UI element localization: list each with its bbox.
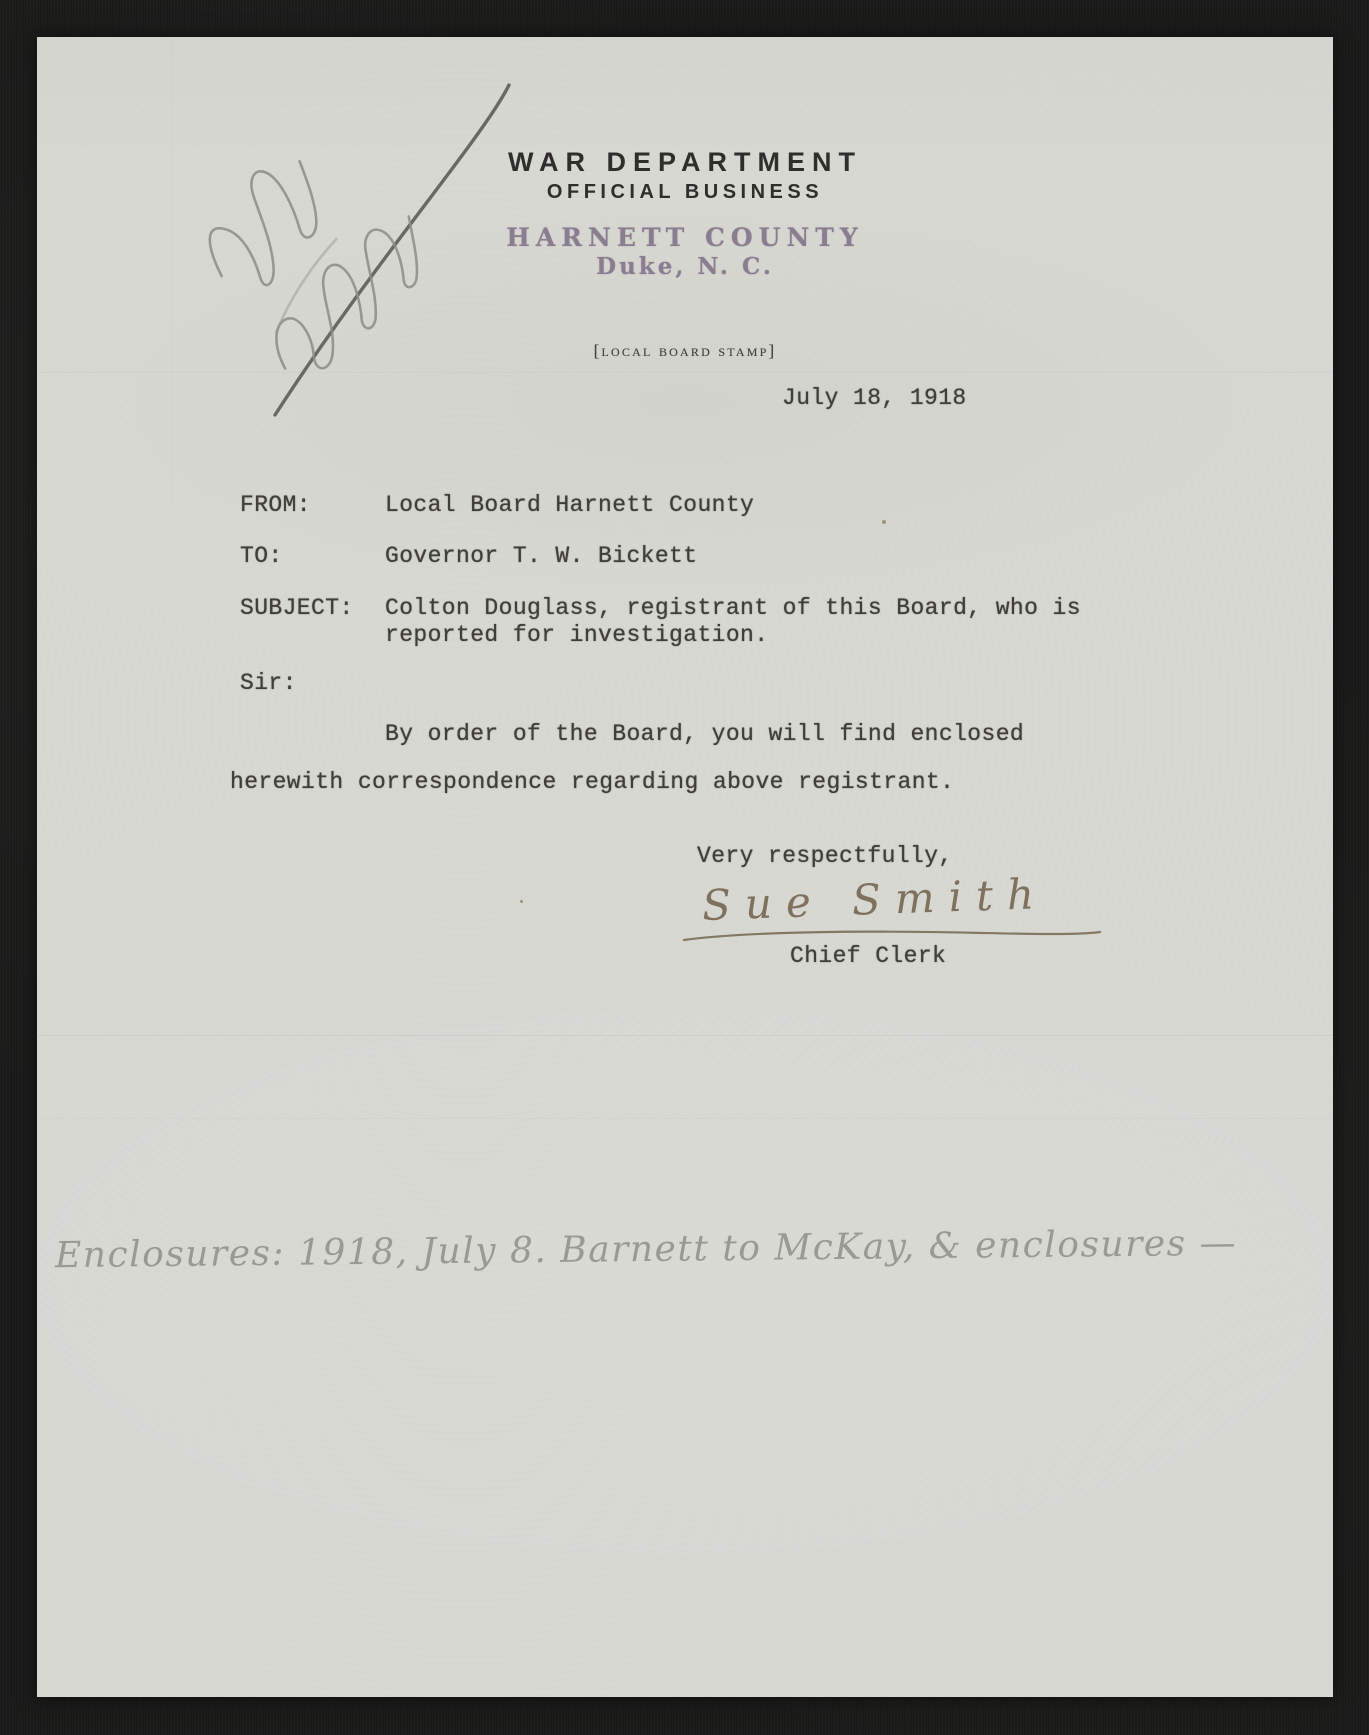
signature-title: Chief Clerk (790, 943, 946, 970)
stamp-duke-nc: Duke, N. C. (37, 253, 1333, 280)
subject-label: SUBJECT: (240, 595, 354, 622)
fold-crease-middle (37, 1035, 1333, 1037)
scanned-document-view: { "scan": { "background_color": "#1a1a19… (0, 0, 1369, 1735)
paper-speck (520, 900, 523, 903)
document-page: WAR DEPARTMENT OFFICIAL BUSINESS HARNETT… (37, 37, 1333, 1697)
fold-crease-lower (37, 1118, 1333, 1120)
signature-sue-smith: Sue Smith (701, 869, 1048, 930)
salutation: Sir: (240, 670, 297, 697)
subject-line-2: reported for investigation. (385, 622, 768, 649)
from-label: FROM: (240, 492, 311, 519)
local-board-stamp-caption: [local board stamp] (37, 341, 1333, 361)
paper-speck (882, 520, 886, 524)
stamp-harnett-county: HARNETT COUNTY (37, 223, 1333, 252)
body-line-2: herewith correspondence regarding above … (230, 769, 954, 796)
letterhead-war-department: WAR DEPARTMENT (37, 147, 1333, 178)
closing-line: Very respectfully, (697, 843, 953, 870)
letterhead-official-business: OFFICIAL BUSINESS (37, 181, 1333, 204)
enclosures-note: Enclosures: 1918, July 8. Barnett to McK… (55, 1223, 1237, 1276)
to-value: Governor T. W. Bickett (385, 543, 697, 570)
signature-underline-stroke (682, 930, 1102, 944)
date-line: July 18, 1918 (782, 385, 967, 412)
from-value: Local Board Harnett County (385, 492, 754, 519)
subject-line-1: Colton Douglass, registrant of this Boar… (385, 595, 1081, 622)
body-line-1: By order of the Board, you will find enc… (385, 721, 1024, 748)
to-label: TO: (240, 543, 283, 570)
